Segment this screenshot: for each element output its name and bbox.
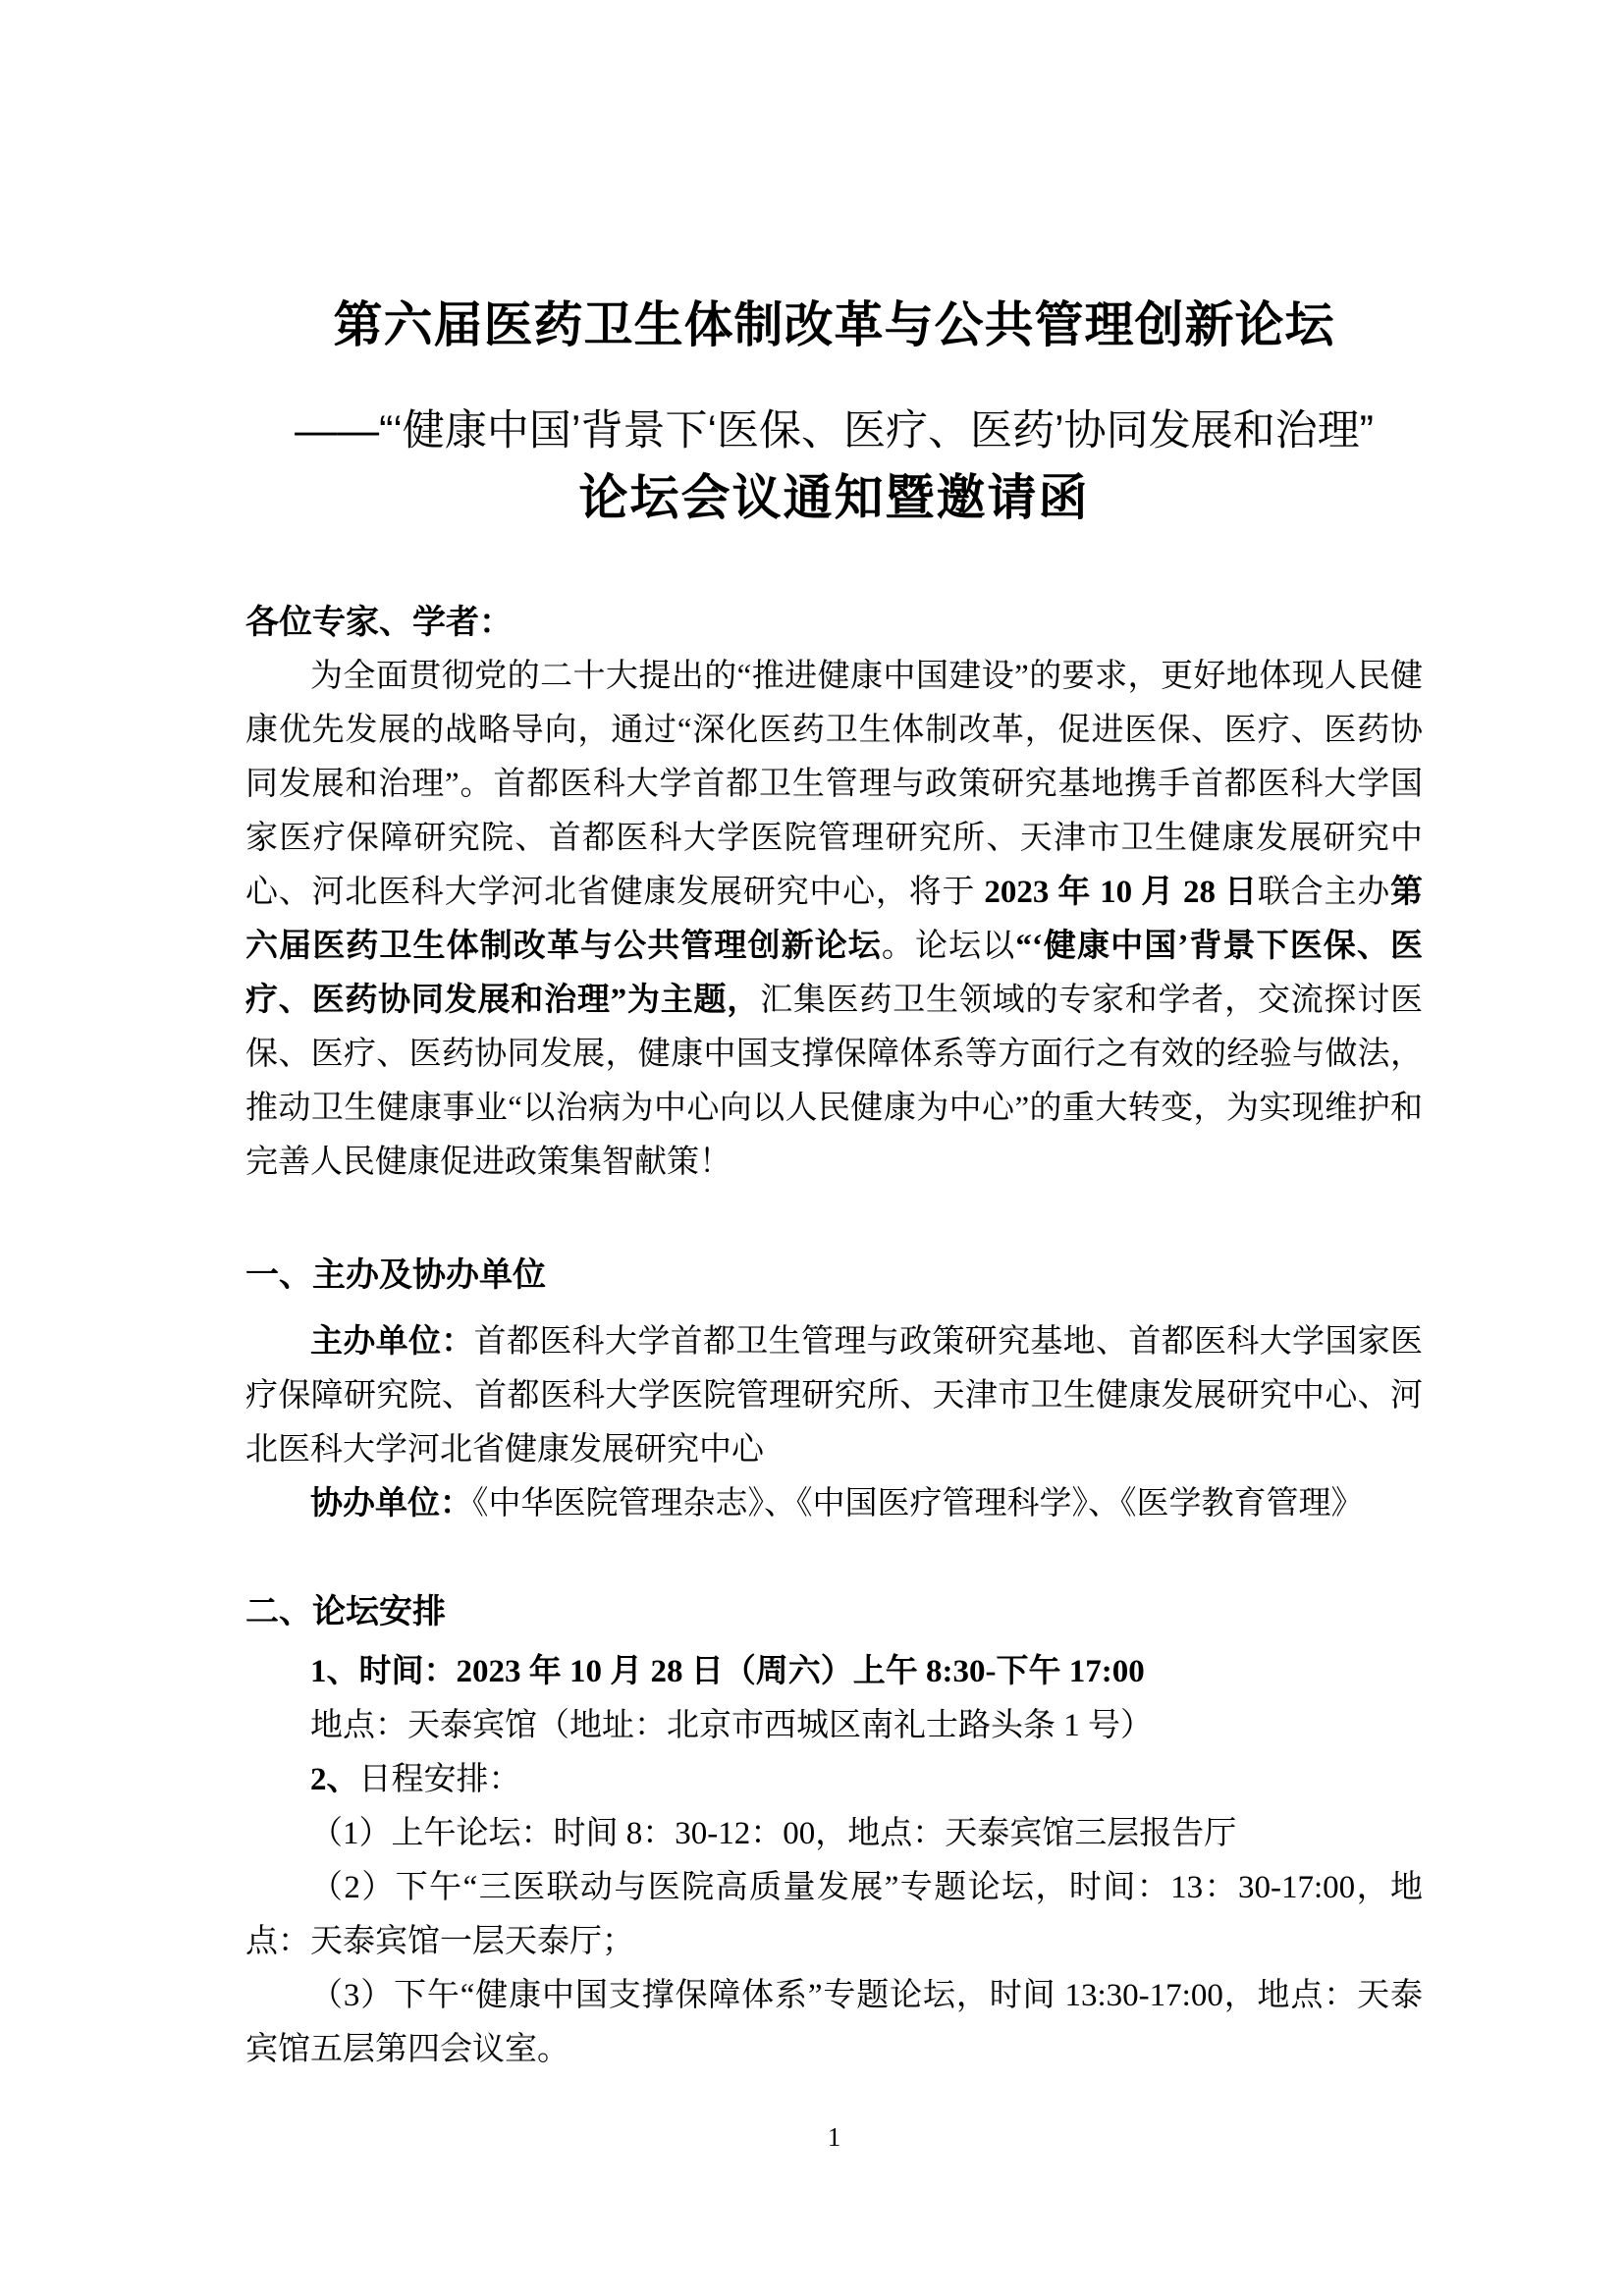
page-number: 1: [245, 2120, 1423, 2154]
section-2-heading: 二、论坛安排: [245, 1585, 1423, 1639]
intro-paragraph: 为全面贯彻党的二十大提出的“推进健康中国建设”的要求，更好地体现人民健康优先发展…: [245, 650, 1423, 1190]
forum-venue-line: 地点：天泰宾馆（地址：北京市西城区南礼士路头条 1 号）: [245, 1699, 1423, 1753]
co-organizers-text: 《中华医院管理杂志》、《中国医疗管理科学》、《医学教育管理》: [472, 1486, 1364, 1522]
document-page: 第六届医药卫生体制改革与公共管理创新论坛 ——“‘健康中国’背景下‘医保、医疗、…: [0, 0, 1624, 2296]
agenda-item-afternoon-2: （3）下午“健康中国支撑保障体系”专题论坛，时间 13:30-17:00，地点：…: [245, 1969, 1423, 2077]
agenda-number: 2、: [310, 1762, 359, 1797]
co-organizers-label: 协办单位：: [310, 1486, 472, 1522]
forum-title: 第六届医药卫生体制改革与公共管理创新论坛: [245, 293, 1423, 357]
document-type-title: 论坛会议通知暨邀请函: [245, 465, 1423, 530]
co-organizers-paragraph: 协办单位：《中华医院管理杂志》、《中国医疗管理科学》、《医学教育管理》: [245, 1477, 1423, 1531]
agenda-heading: 2、日程安排：: [245, 1753, 1423, 1807]
host-units-label: 主办单位：: [310, 1324, 474, 1360]
agenda-title: 日程安排：: [359, 1762, 521, 1797]
section-1-heading: 一、主办及协办单位: [245, 1249, 1423, 1303]
agenda-item-afternoon-1: （2）下午“三医联动与医院高质量发展”专题论坛，时间：13：30-17:00，地…: [245, 1861, 1423, 1969]
forum-subtitle: ——“‘健康中国’背景下‘医保、医疗、医药’协同发展和治理”: [245, 402, 1423, 459]
agenda-item-morning: （1）上午论坛：时间 8：30-12：00，地点：天泰宾馆三层报告厅: [245, 1807, 1423, 1861]
host-units-paragraph: 主办单位：首都医科大学首都卫生管理与政策研究基地、首都医科大学国家医疗保障研究院…: [245, 1315, 1423, 1477]
forum-time-line: 1、时间：2023 年 10 月 28 日（周六）上午 8:30-下午 17:0…: [245, 1645, 1423, 1699]
salutation: 各位专家、学者：: [245, 596, 1423, 650]
